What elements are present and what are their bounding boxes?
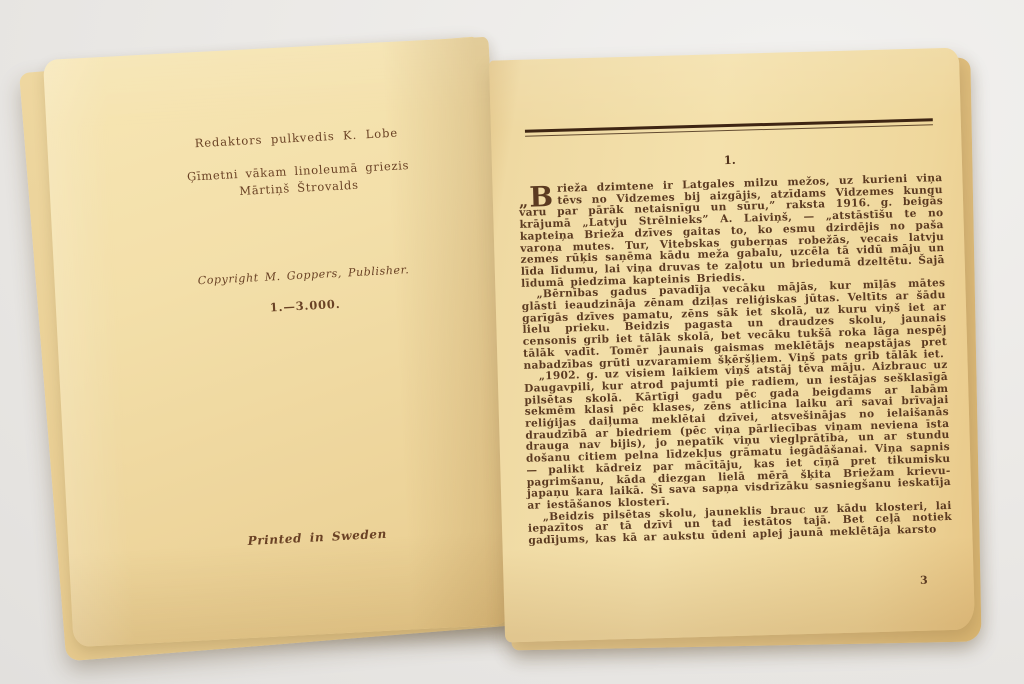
- paragraph-text: rieža dzimtene ir Latgales milzu mežos, …: [519, 172, 945, 289]
- body-text: „ B rieža dzimtene ir Latgales milzu mež…: [518, 173, 952, 547]
- copyright-notice: Copyright M. Goppers, Publisher.: [118, 259, 488, 291]
- print-run: 1.—3.000.: [120, 289, 490, 322]
- left-page: Redaktors pulkvedis K. Lobe Ģīmetni vāka…: [43, 37, 519, 648]
- paragraph: „Bērnības gadus pavadīja vecāku mājās, k…: [521, 278, 947, 372]
- chapter-number: 1.: [518, 147, 942, 173]
- editor-credit: Redaktors pulkvedis K. Lobe: [111, 121, 481, 154]
- right-page: 1. „ B rieža dzimtene ir Latgales milzu …: [489, 48, 975, 643]
- dropcap-open-quote: „: [519, 195, 529, 208]
- photo-background: Redaktors pulkvedis K. Lobe Ģīmetni vāka…: [0, 0, 1024, 684]
- dropcap: „ B: [518, 185, 553, 208]
- paragraph: „1902. g. uz visiem laikiem viņš atstāj …: [524, 360, 952, 512]
- printed-in-notice: Printed in Sweden: [132, 521, 502, 554]
- page-number: 3: [920, 574, 928, 587]
- paragraph: „ B rieža dzimtene ir Latgales milzu mež…: [518, 173, 945, 290]
- dropcap-letter: B: [529, 186, 554, 208]
- chapter-rule: [525, 118, 933, 136]
